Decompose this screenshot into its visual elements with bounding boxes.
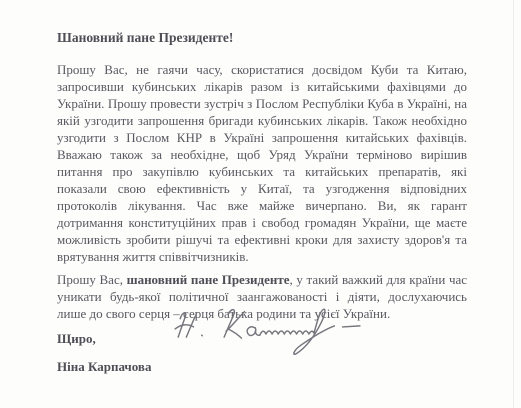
paragraph: Прошу Вас, не гаячи часу, скористатися д…: [57, 61, 467, 265]
letter-body: Прошу Вас, не гаячи часу, скористатися д…: [57, 61, 467, 322]
letter-page: Шановний пане Президенте! Прошу Вас, не …: [0, 0, 521, 408]
text-run: Прошу Вас, не гаячи часу, скористатися д…: [57, 62, 467, 264]
page-edge-line: [513, 0, 514, 408]
signer-name: Ніна Карпачова: [57, 359, 467, 374]
text-run: Прошу Вас,: [57, 272, 127, 287]
letter-salutation: Шановний пане Президенте!: [57, 30, 467, 45]
bold-run: шановний пане Президенте: [127, 272, 290, 287]
handwritten-signature-icon: [170, 301, 364, 361]
